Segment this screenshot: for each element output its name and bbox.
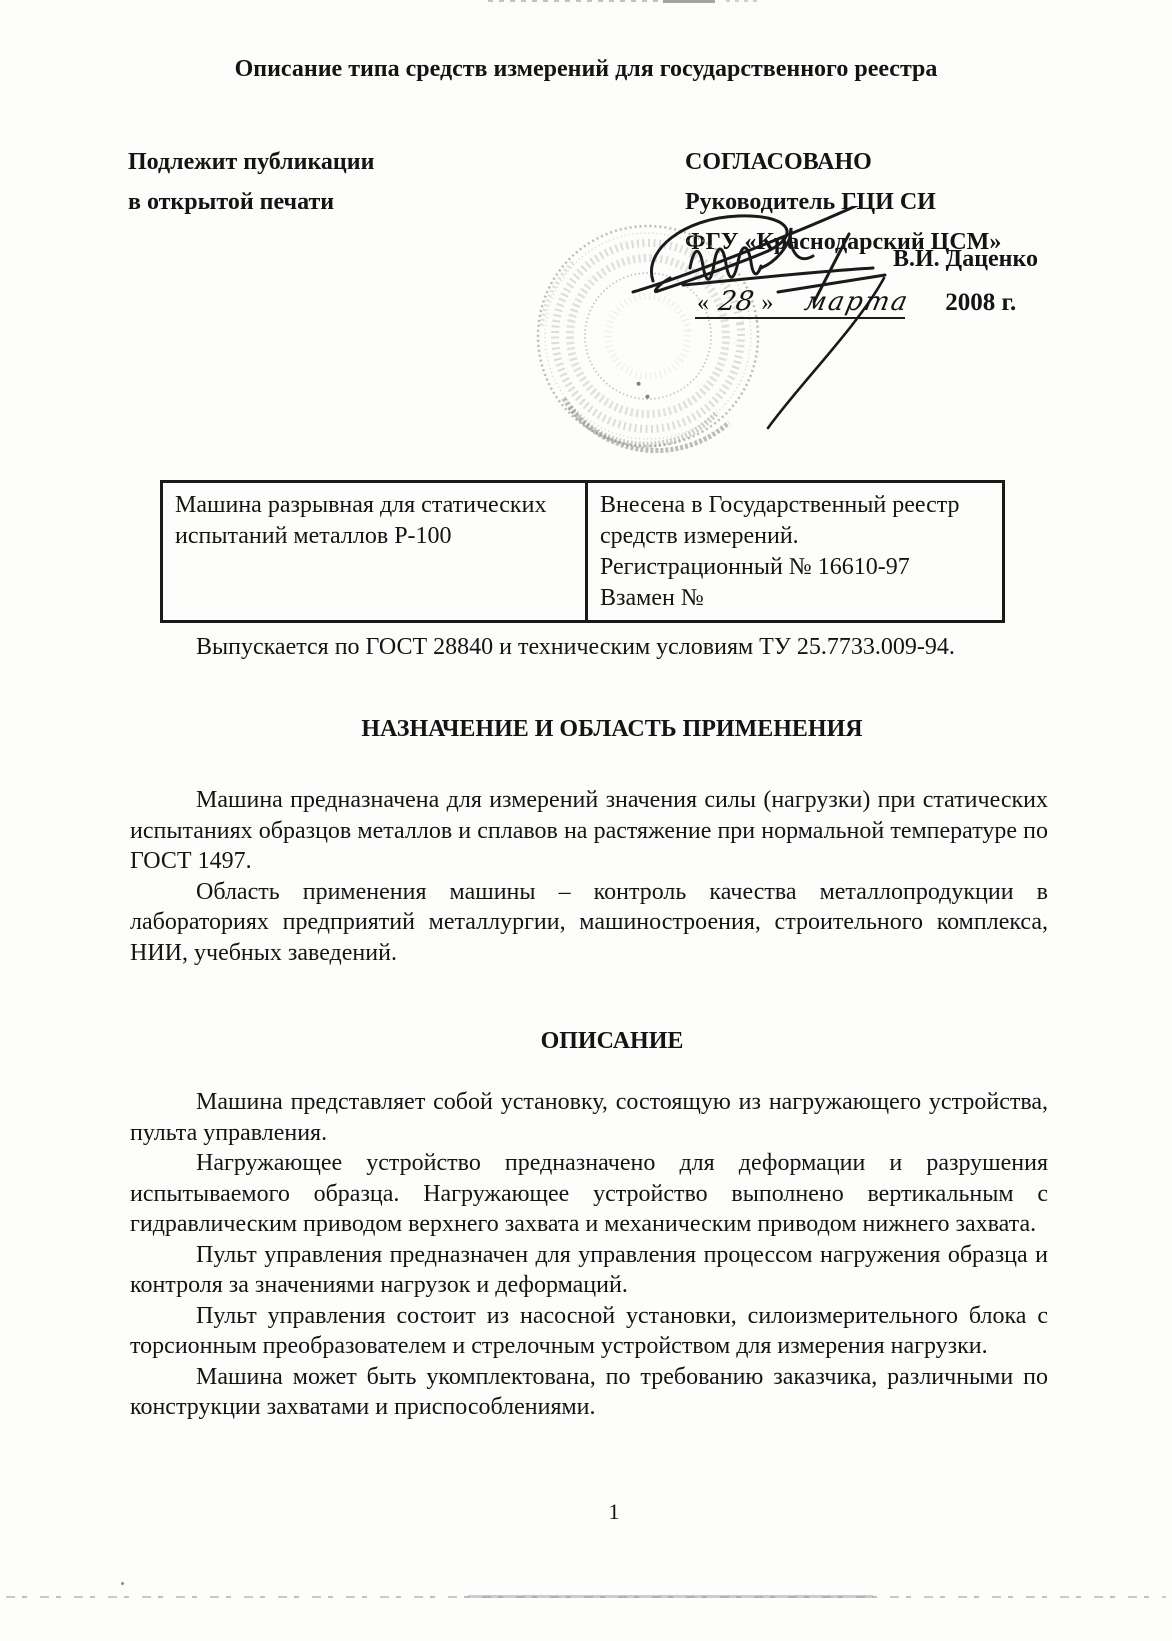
date-day-handwritten: 28: [716, 286, 756, 317]
document-page: Описание типа средств измерений для госу…: [0, 0, 1172, 1641]
registry-line: Взамен №: [600, 583, 992, 614]
instrument-name-cell: Машина разрывная для статических испытан…: [162, 482, 587, 622]
page-number: 1: [28, 1499, 1172, 1525]
publication-note-line2: в открытой печати: [128, 182, 374, 222]
scan-artifact-top: [663, 0, 715, 3]
section-purpose: НАЗНАЧЕНИЕ И ОБЛАСТЬ ПРИМЕНЕНИЯ Машина п…: [130, 716, 1048, 968]
paragraph: Нагружающее устройство предназначено для…: [130, 1148, 1048, 1240]
registry-line: средств измерений.: [600, 521, 992, 552]
paragraph: Пульт управления состоит из насосной уст…: [130, 1301, 1048, 1362]
scan-speck: [121, 1582, 124, 1585]
scan-artifact-top: [488, 0, 660, 2]
scan-artifact-top: [726, 0, 760, 2]
date-close-quote: »: [761, 290, 773, 316]
signature-icon: [628, 206, 910, 438]
publication-note-line1: Подлежит публикации: [128, 142, 374, 182]
paragraph: Область применения машины – контроль кач…: [130, 877, 1048, 969]
section-purpose-heading: НАЗНАЧЕНИЕ И ОБЛАСТЬ ПРИМЕНЕНИЯ: [153, 716, 1071, 743]
signer-name: В.И. Даценко: [893, 246, 1038, 273]
paragraph: Машина представляет собой установку, сос…: [130, 1087, 1048, 1148]
paragraph: Пульт управления предназначен для управл…: [130, 1240, 1048, 1301]
standards-line: Выпускается по ГОСТ 28840 и техническим …: [130, 634, 1048, 661]
scan-artifact-bottom: [468, 1595, 873, 1598]
section-description: ОПИСАНИЕ Машина представляет собой устан…: [130, 1028, 1048, 1423]
registry-line: Внесена в Государственный реестр: [600, 490, 992, 521]
registry-entry-cell: Внесена в Государственный реестр средств…: [587, 482, 1004, 622]
approval-status: СОГЛАСОВАНО: [685, 142, 1001, 182]
document-title: Описание типа средств измерений для госу…: [0, 56, 1172, 83]
date-month-handwritten: марта: [802, 287, 912, 317]
date-open-quote: «: [697, 290, 709, 316]
date-year: 2008 г.: [945, 289, 1016, 316]
paragraph: Машина предназначена для измерений значе…: [130, 785, 1048, 877]
registry-table: Машина разрывная для статических испытан…: [160, 480, 1005, 623]
section-description-heading: ОПИСАНИЕ: [153, 1028, 1071, 1055]
paragraph: Машина может быть укомплектована, по тре…: [130, 1362, 1048, 1423]
publication-note: Подлежит публикации в открытой печати: [128, 142, 374, 222]
registry-line: Регистрационный № 16610-97: [600, 552, 992, 583]
approval-date: « 28 » марта 2008 г.: [697, 286, 1016, 317]
registry-table-row: Машина разрывная для статических испытан…: [162, 482, 1004, 622]
date-underline: [695, 317, 905, 319]
